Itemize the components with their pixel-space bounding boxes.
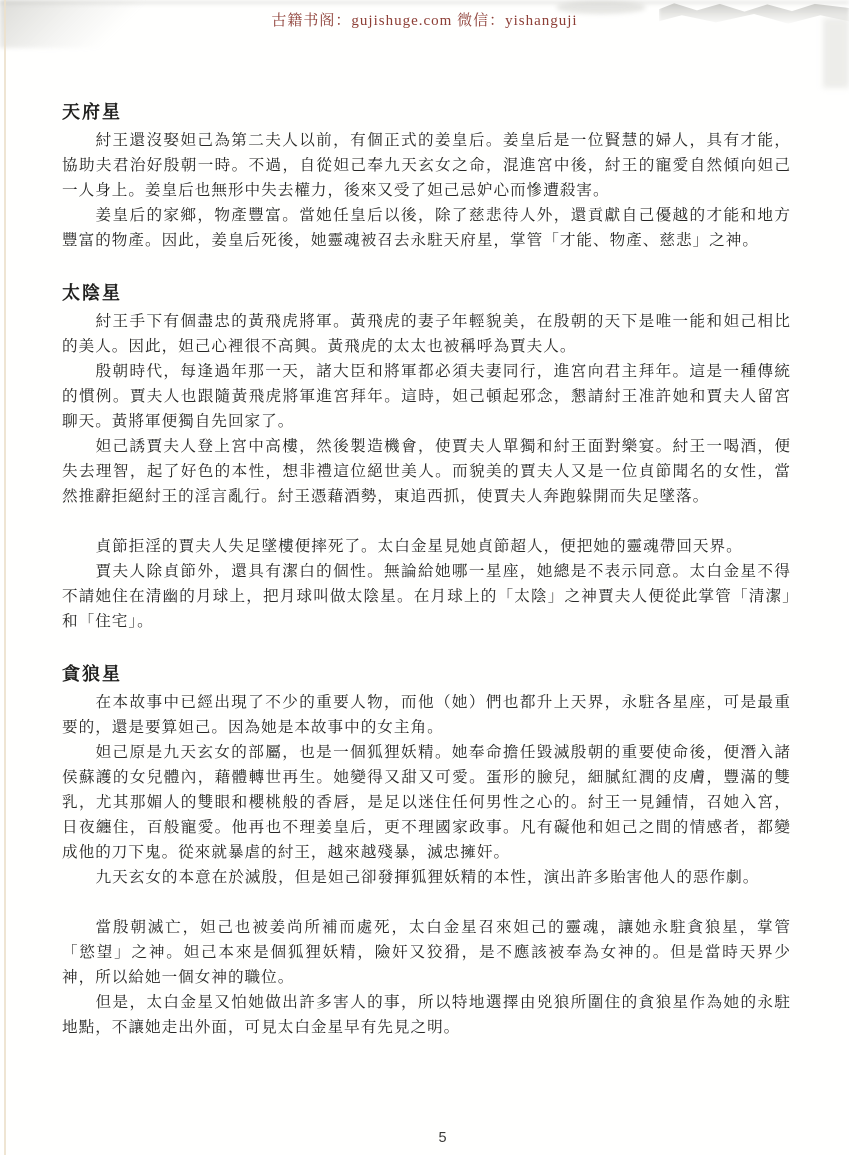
document-section: 貪狼星在本故事中已經出現了不少的重要人物，而他（她）們也都升上天界，永駐各星座，… [62, 663, 791, 1040]
body-paragraph: 紂王還沒娶妲己為第二夫人以前，有個正式的姜皇后。姜皇后是一位賢慧的婦人，具有才能… [62, 128, 791, 203]
document-section: 太陰星紂王手下有個盡忠的黃飛虎將軍。黃飛虎的妻子年輕貌美，在殷朝的天下是唯一能和… [62, 282, 791, 634]
document-section: 天府星紂王還沒娶妲己為第二夫人以前，有個正式的姜皇后。姜皇后是一位賢慧的婦人，具… [62, 101, 791, 253]
page-body-text: 天府星紂王還沒娶妲己為第二夫人以前，有個正式的姜皇后。姜皇后是一位賢慧的婦人，具… [62, 101, 791, 1040]
body-paragraph: 妲己原是九天玄女的部屬，也是一個狐狸妖精。她奉命擔任毀滅殷朝的重要使命後，便潛入… [62, 740, 791, 865]
section-heading: 太陰星 [62, 282, 791, 304]
body-paragraph: 姜皇后的家鄉，物產豐富。當她任皇后以後，除了慈悲待人外，還貢獻自己優越的才能和地… [62, 203, 791, 253]
body-paragraph: 但是，太白金星又怕她做出許多害人的事，所以特地選擇由兇狼所圍住的貪狼星作為她的永… [62, 990, 791, 1040]
watermark-header: 古籍书阁：gujishuge.com 微信：yishanguji [0, 9, 849, 30]
page-number: 5 [439, 1130, 447, 1146]
body-paragraph: 賈夫人除貞節外，還具有潔白的個性。無論給她哪一星座，她總是不表示同意。太白金星不… [62, 559, 791, 634]
body-paragraph: 紂王手下有個盡忠的黃飛虎將軍。黃飛虎的妻子年輕貌美，在殷朝的天下是唯一能和妲己相… [62, 309, 791, 359]
body-paragraph: 貞節拒淫的賈夫人失足墜樓便摔死了。太白金星見她貞節超人，便把她的靈魂帶回天界。 [62, 534, 791, 559]
section-heading: 天府星 [62, 101, 791, 123]
body-paragraph: 九天玄女的本意在於滅殷，但是妲己卻發揮狐狸妖精的本性，演出許多貽害他人的惡作劇。 [62, 865, 791, 890]
body-paragraph: 殷朝時代，每逢過年那一天，諸大臣和將軍都必須夫妻同行，進宮向君主拜年。這是一種傳… [62, 359, 791, 434]
scan-edge-line [4, 0, 6, 1155]
body-paragraph: 在本故事中已經出現了不少的重要人物，而他（她）們也都升上天界，永駐各星座，可是最… [62, 690, 791, 740]
body-paragraph: 妲己誘賈夫人登上宮中高樓，然後製造機會，使賈夫人單獨和紂王面對樂宴。紂王一喝酒，… [62, 434, 791, 509]
body-paragraph: 當殷朝滅亡，妲己也被姜尚所補而處死，太白金星召來妲己的靈魂，讓她永駐貪狼星，掌管… [62, 915, 791, 990]
scan-smudge-top-strip [0, 0, 849, 5]
scanned-book-page: 古籍书阁：gujishuge.com 微信：yishanguji 天府星紂王還沒… [0, 0, 849, 1155]
section-heading: 貪狼星 [62, 663, 791, 685]
